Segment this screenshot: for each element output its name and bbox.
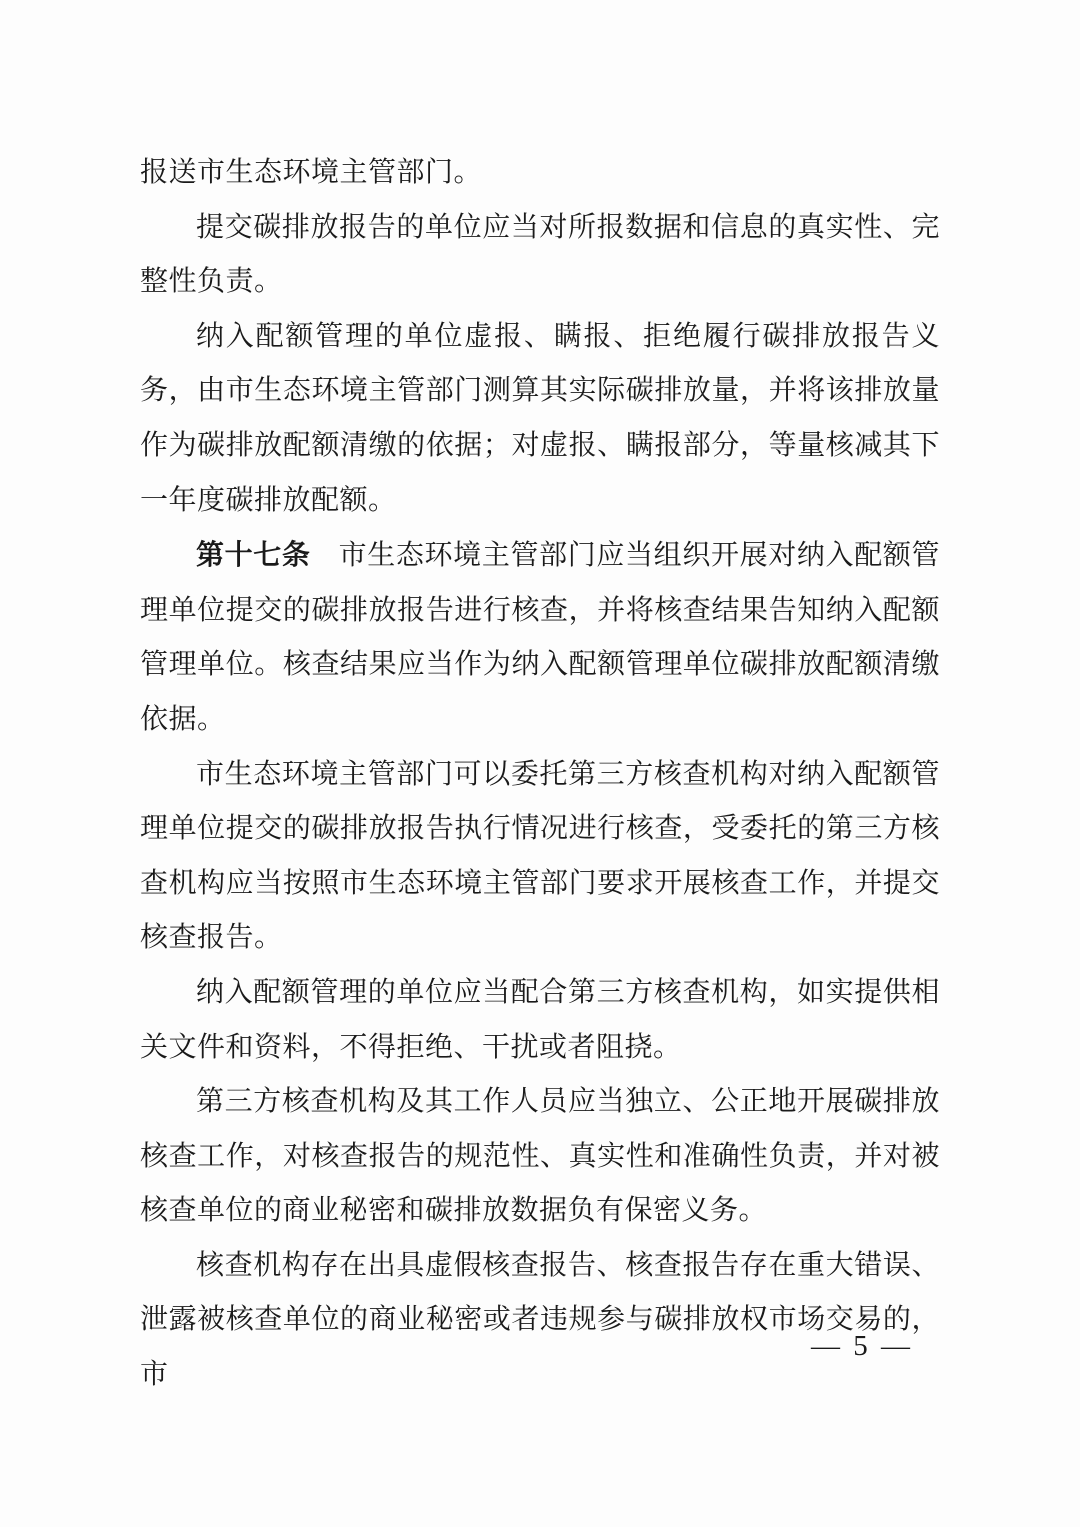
paragraph-continuation: 报送市生态环境主管部门。 [140,146,940,201]
paragraph-text: 报送市生态环境主管部门。 [140,157,482,188]
paragraph-text: 核查机构存在出具虚假核查报告、核查报告存在重大错误、泄露被核查单位的商业秘密或者… [140,1250,940,1390]
paragraph-text: 纳入配额管理的单位应当配合第三方核查机构，如实提供相关文件和资料，不得拒绝、干扰… [140,977,940,1063]
paragraph-text: 第三方核查机构及其工作人员应当独立、公正地开展碳排放核查工作，对核查报告的规范性… [140,1086,940,1226]
paragraph-text: 纳入配额管理的单位虚报、瞒报、拒绝履行碳排放报告义务，由市生态环境主管部门测算其… [140,321,940,516]
paragraph: 核查机构存在出具虚假核查报告、核查报告存在重大错误、泄露被核查单位的商业秘密或者… [140,1239,940,1403]
paragraph: 纳入配额管理的单位应当配合第三方核查机构，如实提供相关文件和资料，不得拒绝、干扰… [140,966,940,1075]
page-number: — 5 — [811,1330,913,1362]
document-page: 报送市生态环境主管部门。 提交碳排放报告的单位应当对所报数据和信息的真实性、完整… [0,0,1080,1527]
paragraph-text: 市生态环境主管部门可以委托第三方核查机构对纳入配额管理单位提交的碳排放报告执行情… [140,759,940,954]
article-number-label: 第十七条 [196,539,311,570]
paragraph: 第三方核查机构及其工作人员应当独立、公正地开展碳排放核查工作，对核查报告的规范性… [140,1075,940,1239]
paragraph-text: 提交碳排放报告的单位应当对所报数据和信息的真实性、完整性负责。 [140,212,940,298]
paragraph: 市生态环境主管部门可以委托第三方核查机构对纳入配额管理单位提交的碳排放报告执行情… [140,748,940,966]
document-body: 报送市生态环境主管部门。 提交碳排放报告的单位应当对所报数据和信息的真实性、完整… [140,146,940,1403]
page-footer: — 5 — [811,1330,913,1363]
paragraph-article-17: 第十七条市生态环境主管部门应当组织开展对纳入配额管理单位提交的碳排放报告进行核查… [140,528,940,747]
paragraph: 提交碳排放报告的单位应当对所报数据和信息的真实性、完整性负责。 [140,201,940,310]
paragraph: 纳入配额管理的单位虚报、瞒报、拒绝履行碳排放报告义务，由市生态环境主管部门测算其… [140,310,940,528]
